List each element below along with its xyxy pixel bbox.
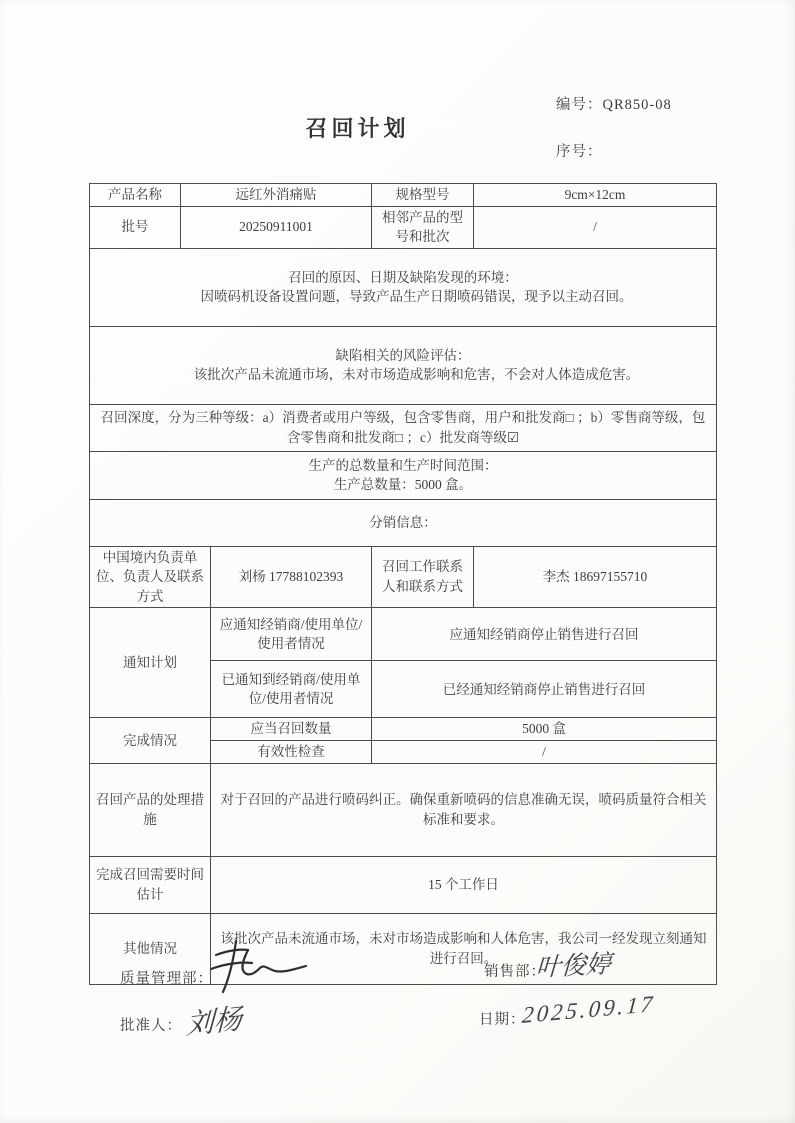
serial-number-label: 序号：: [556, 140, 603, 161]
table-row: 产品名称 远红外消痛贴 规格型号 9cm×12cm: [90, 184, 717, 207]
date-value: 2025.09.17: [521, 991, 656, 1029]
recall-depth-cell: 召回深度，分为三种等级：a）消费者或用户等级，包含零售商，用户和批发商□ ；b）…: [90, 404, 717, 451]
handling-measures-value: 对于召回的产品进行喷码纠正。确保重新喷码的信息准确无误，喷码质量符合相关标准和要…: [211, 763, 717, 856]
notify-done-label: 已通知到经销商/使用单位/使用者情况: [211, 661, 372, 718]
notify-required-label: 应通知经销商/使用单位/使用者情况: [211, 608, 372, 661]
risk-assessment-cell: 缺陷相关的风险评估： 该批次产品未流通市场，未对市场造成影响和危害，不会对人体造…: [90, 326, 717, 404]
table-row: 完成召回需要时间估计 15 个工作日: [90, 856, 717, 913]
recall-quantity-label: 应当召回数量: [211, 718, 372, 741]
recall-reason-title: 召回的原因、日期及缺陷发现的环境：: [95, 268, 711, 288]
recall-reason-cell: 召回的原因、日期及缺陷发现的环境： 因喷码机设备设置问题，导致产品生产日期喷码错…: [90, 248, 717, 326]
production-quantity-body: 生产总数量：5000 盒。: [95, 475, 711, 495]
spec-model-label: 规格型号: [372, 184, 474, 207]
table-row: 召回深度，分为三种等级：a）消费者或用户等级，包含零售商，用户和批发商□ ；b）…: [90, 404, 717, 451]
doc-number-label: 编号：: [556, 97, 603, 113]
notify-done-value: 已经通知经销商停止销售进行召回: [372, 661, 717, 718]
table-row: 分销信息：: [90, 499, 717, 546]
adjacent-products-value: /: [474, 206, 717, 248]
doc-number: 编号：QR850-08: [556, 93, 672, 114]
completion-status-label: 完成情况: [90, 718, 211, 763]
production-quantity-cell: 生产的总数量和生产时间范围： 生产总数量：5000 盒。: [90, 451, 717, 499]
product-name-label: 产品名称: [90, 184, 181, 207]
time-estimate-value: 15 个工作日: [211, 856, 717, 913]
product-name-value: 远红外消痛贴: [181, 184, 372, 207]
table-row: 召回的原因、日期及缺陷发现的环境： 因喷码机设备设置问题，导致产品生产日期喷码错…: [90, 248, 717, 326]
batch-number-label: 批号: [90, 206, 181, 248]
doc-number-value: QR850-08: [603, 97, 672, 113]
adjacent-products-label: 相邻产品的型号和批次: [372, 206, 474, 248]
table-row: 召回产品的处理措施 对于召回的产品进行喷码纠正。确保重新喷码的信息准确无误，喷码…: [90, 763, 717, 856]
approver-signature: 刘杨: [185, 997, 242, 1043]
spec-model-value: 9cm×12cm: [474, 184, 717, 207]
approver-label: 批准人：: [120, 1014, 182, 1035]
effectiveness-check-label: 有效性检查: [211, 740, 372, 763]
recall-quantity-value: 5000 盒: [372, 718, 717, 741]
table-row: 生产的总数量和生产时间范围： 生产总数量：5000 盒。: [90, 451, 717, 499]
recall-contact-value: 李杰 18697155710: [474, 546, 717, 608]
recall-plan-table: 产品名称 远红外消痛贴 规格型号 9cm×12cm 批号 20250911001…: [89, 183, 717, 985]
date-label: 日期：: [479, 1008, 526, 1029]
table-row: 批号 20250911001 相邻产品的型号和批次 /: [90, 206, 717, 248]
handling-measures-label: 召回产品的处理措施: [90, 763, 211, 856]
domestic-responsible-label: 中国境内负责单位、负责人及联系方式: [90, 546, 211, 608]
table-row: 通知计划 应通知经销商/使用单位/使用者情况 应通知经销商停止销售进行召回: [90, 608, 717, 661]
table-row: 中国境内负责单位、负责人及联系方式 刘杨 17788102393 召回工作联系人…: [90, 546, 717, 608]
batch-number-value: 20250911001: [181, 206, 372, 248]
page-title: 召回计划: [0, 112, 715, 143]
production-quantity-title: 生产的总数量和生产时间范围：: [95, 456, 711, 476]
quality-dept-signature-scribble: [196, 936, 314, 998]
document-page: 编号：QR850-08 召回计划 序号： 产品名称 远红外消痛贴 规格型号 9c…: [0, 0, 795, 1123]
domestic-responsible-value: 刘杨 17788102393: [211, 546, 372, 608]
recall-contact-label: 召回工作联系人和联系方式: [372, 546, 474, 608]
notify-required-value: 应通知经销商停止销售进行召回: [372, 608, 717, 661]
distribution-info-cell: 分销信息：: [90, 499, 717, 546]
risk-assessment-title: 缺陷相关的风险评估：: [95, 346, 711, 366]
table-row: 缺陷相关的风险评估： 该批次产品未流通市场，未对市场造成影响和危害，不会对人体造…: [90, 326, 717, 404]
effectiveness-check-value: /: [372, 740, 717, 763]
time-estimate-label: 完成召回需要时间估计: [90, 856, 211, 913]
risk-assessment-body: 该批次产品未流通市场，未对市场造成影响和危害，不会对人体造成危害。: [95, 365, 711, 385]
sales-dept-signature: 叶俊婷: [535, 944, 612, 984]
recall-reason-body: 因喷码机设备设置问题，导致产品生产日期喷码错误，现予以主动召回。: [95, 287, 711, 307]
notification-plan-label: 通知计划: [90, 608, 211, 718]
table-row: 完成情况 应当召回数量 5000 盒: [90, 718, 717, 741]
